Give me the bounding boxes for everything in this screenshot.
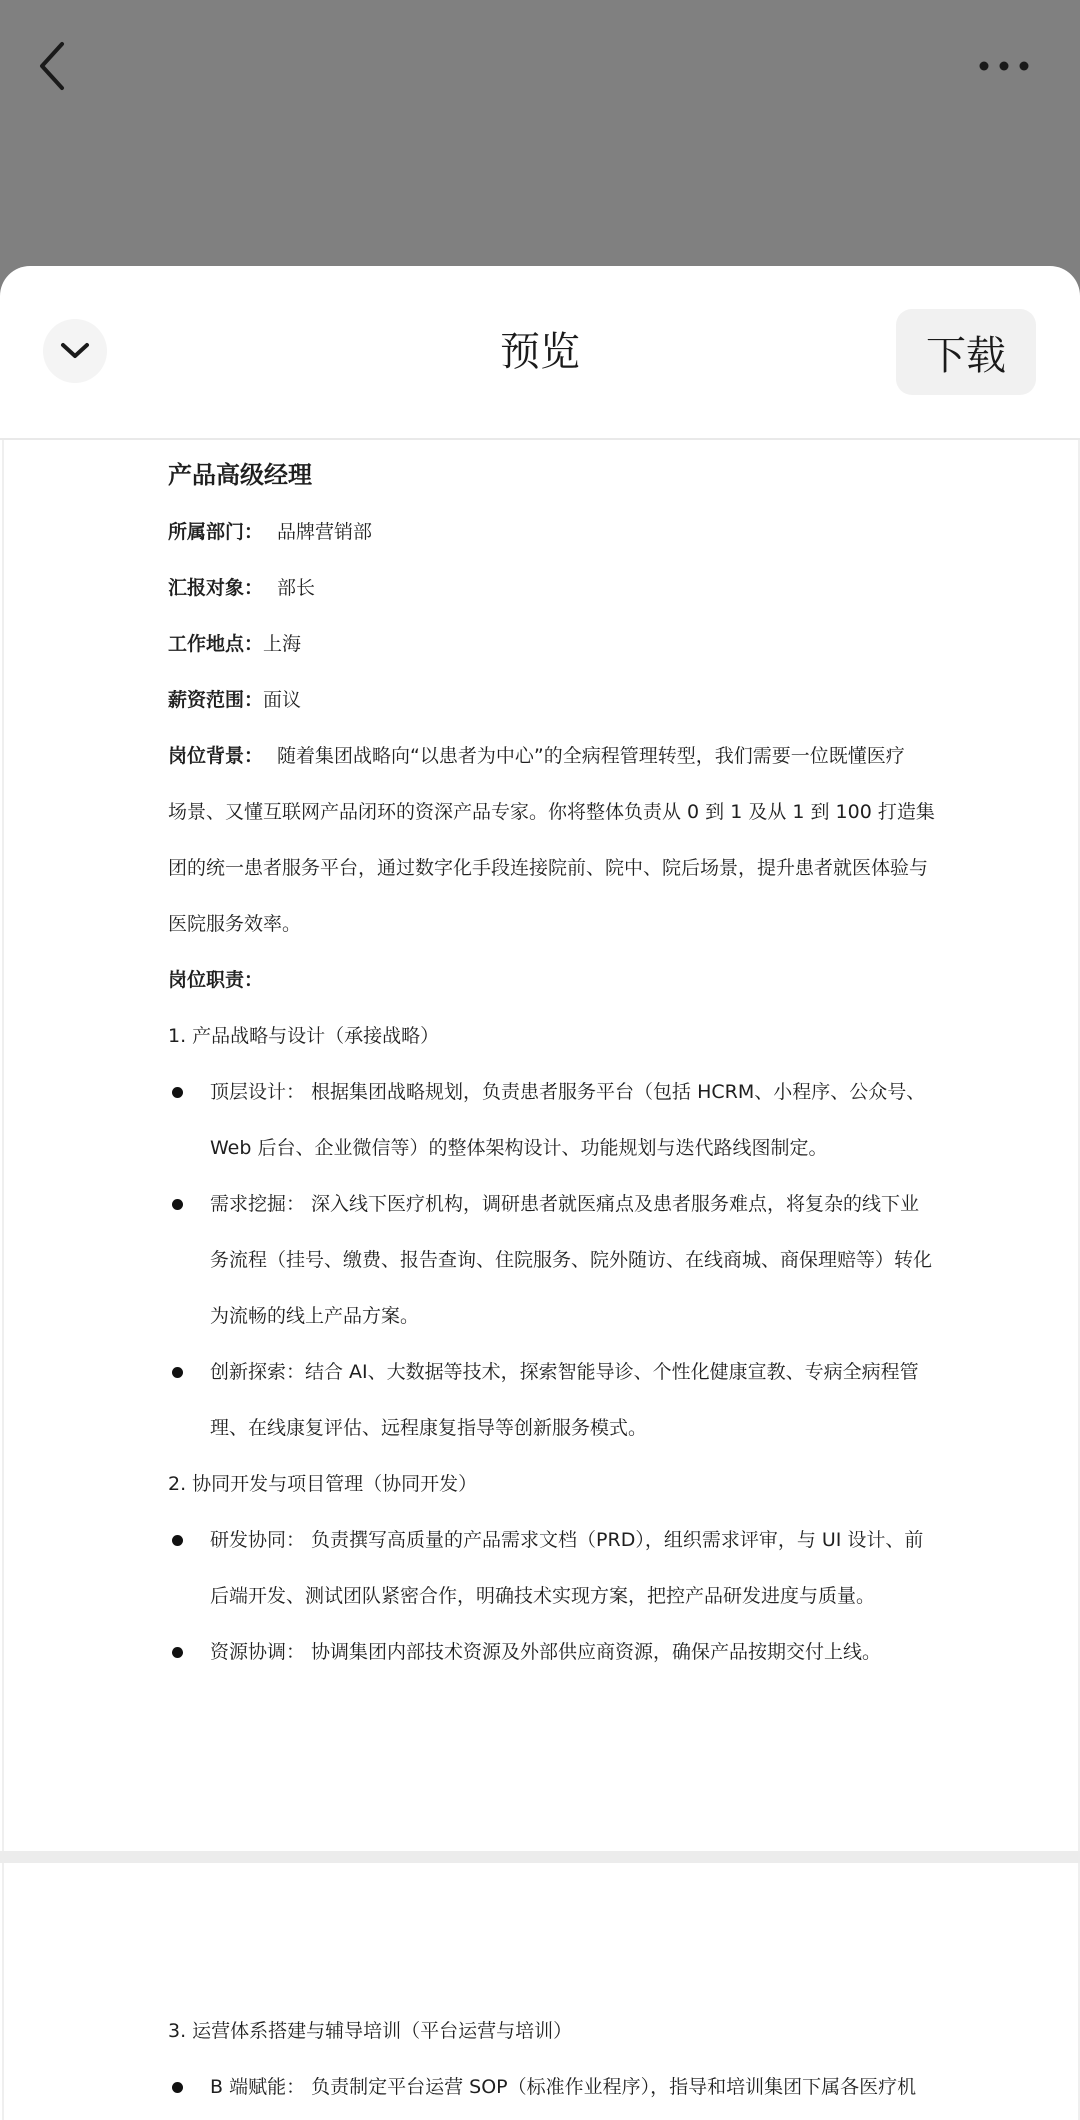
field-label: 工作地点： [168, 633, 263, 655]
job-title: 产品高级经理 [168, 460, 312, 490]
duties-label: 岗位职责： [168, 965, 263, 995]
background-line-1: 岗位背景：随着集团战略向“以患者为中心”的全病程管理转型，我们需要一位既懂医疗 [168, 741, 905, 771]
bullet-text: B 端赋能： 负责制定平台运营 SOP（标准作业程序），指导和培训集团下属各医疗… [210, 2072, 916, 2102]
bullet-icon [172, 1647, 183, 1658]
section-heading-1: 1. 产品战略与设计（承接战略） [168, 1021, 439, 1051]
bullet-text: 需求挖掘： 深入线下医疗机构，调研患者就医痛点及患者服务难点，将复杂的线下业 [210, 1189, 919, 1219]
bullet-text: 研发协同： 负责撰写高质量的产品需求文档（PRD），组织需求评审，与 UI 设计… [210, 1525, 923, 1555]
field-value: 品牌营销部 [277, 521, 372, 543]
background-line-2: 场景、又懂互联网产品闭环的资深产品专家。你将整体负责从 0 到 1 及从 1 到… [168, 797, 935, 827]
back-button[interactable] [36, 38, 76, 94]
field-label: 所属部门： [168, 521, 263, 543]
background-line-3: 团的统一患者服务平台，通过数字化手段连接院前、院中、院后场景，提升患者就医体验与 [168, 853, 928, 883]
bullet-icon [172, 1199, 183, 1210]
field-value: 部长 [277, 577, 315, 599]
field-department: 所属部门：品牌营销部 [168, 517, 372, 547]
more-options-button[interactable] [974, 52, 1034, 80]
bullet-text: 为流畅的线上产品方案。 [210, 1301, 419, 1331]
field-location: 工作地点：上海 [168, 629, 301, 659]
bullet-text: 后端开发、测试团队紧密合作，明确技术实现方案，把控产品研发进度与质量。 [210, 1581, 875, 1611]
background-line-4: 医院服务效率。 [168, 909, 301, 939]
chevron-left-icon [36, 38, 76, 94]
section-heading-2: 2. 协同开发与项目管理（协同开发） [168, 1469, 477, 1499]
bullet-icon [172, 1367, 183, 1378]
page-divider [0, 1851, 1080, 1863]
field-value: 面议 [263, 689, 301, 711]
field-label: 汇报对象： [168, 577, 263, 599]
top-bar [0, 0, 1080, 266]
background-label: 岗位背景： [168, 745, 263, 767]
bullet-text: 创新探索：结合 AI、大数据等技术，探索智能导诊、个性化健康宣教、专病全病程管 [210, 1357, 919, 1387]
sheet-header: 预览 下载 [0, 266, 1080, 440]
preview-sheet: 预览 下载 产品高级经理 所属部门：品牌营销部 汇报对象：部长 工作地点：上海 … [0, 266, 1080, 2120]
bullet-icon [172, 1087, 183, 1098]
bullet-text: 理、在线康复评估、远程康复指导等创新服务模式。 [210, 1413, 647, 1443]
download-button[interactable]: 下载 [896, 309, 1036, 395]
bullet-icon [172, 1535, 183, 1546]
field-label: 薪资范围： [168, 689, 263, 711]
section-heading-3: 3. 运营体系搭建与辅导培训（平台运营与培训） [168, 2016, 572, 2046]
bullet-text: 资源协调： 协调集团内部技术资源及外部供应商资源，确保产品按期交付上线。 [210, 1637, 881, 1667]
bullet-icon [172, 2082, 183, 2093]
bullet-text: 顶层设计： 根据集团战略规划，负责患者服务平台（包括 HCRM、小程序、公众号、 [210, 1077, 925, 1107]
field-salary: 薪资范围：面议 [168, 685, 301, 715]
more-horizontal-icon [974, 52, 1034, 80]
document-page-1[interactable]: 产品高级经理 所属部门：品牌营销部 汇报对象：部长 工作地点：上海 薪资范围：面… [2, 440, 1080, 1851]
document-page-2[interactable]: 3. 运营体系搭建与辅导培训（平台运营与培训） B 端赋能： 负责制定平台运营 … [2, 1863, 1080, 2120]
field-report-to: 汇报对象：部长 [168, 573, 315, 603]
bullet-text: 务流程（挂号、缴费、报告查询、住院服务、院外随访、在线商城、商保理赔等）转化 [210, 1245, 932, 1275]
field-value: 上海 [263, 633, 301, 655]
bullet-text: Web 后台、企业微信等）的整体架构设计、功能规划与迭代路线图制定。 [210, 1133, 827, 1163]
